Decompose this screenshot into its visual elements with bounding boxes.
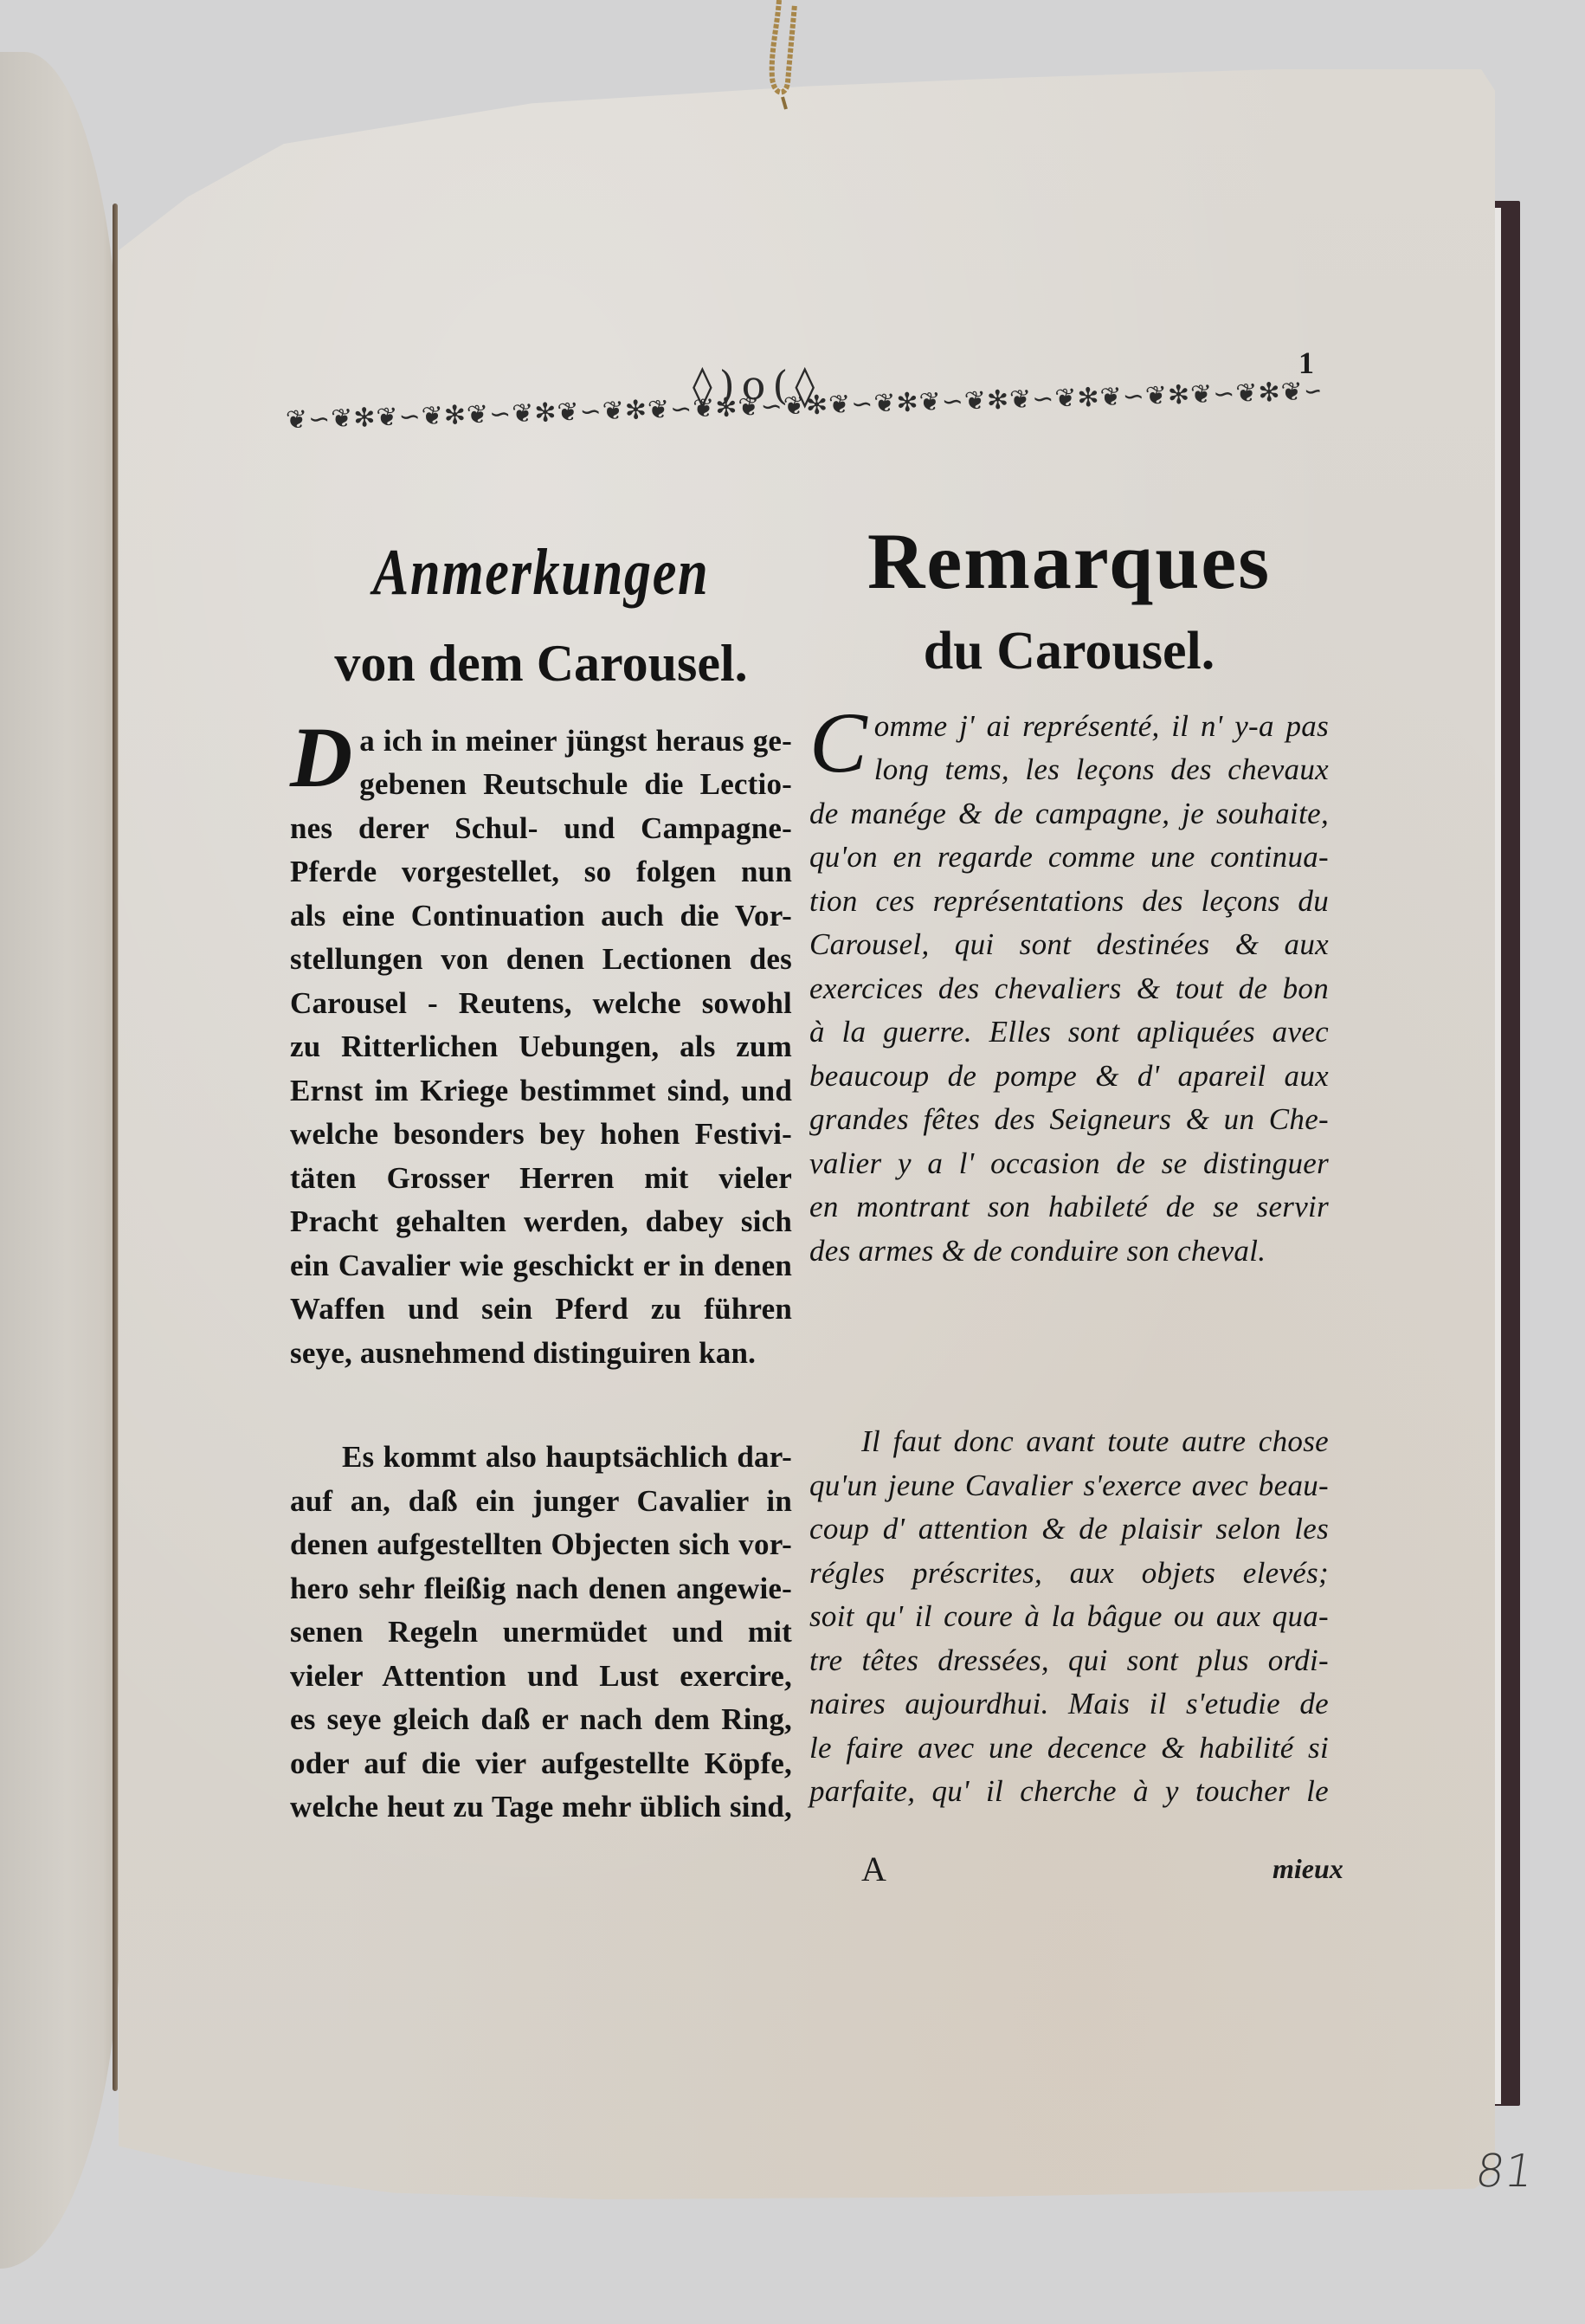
text-line: nes derer Schul- und Campagne-	[290, 807, 792, 851]
text-line: Es kommt also hauptsächlich dar-	[290, 1436, 792, 1480]
text-line: en montrant son habileté de se servir	[809, 1185, 1329, 1230]
text-line: soit qu' il coure à la bâgue ou aux qua-	[809, 1595, 1329, 1639]
text-line: Pracht gehalten werden, dabey sich	[290, 1200, 792, 1244]
text-line: Ernst im Kriege bestimmet sind, und	[290, 1069, 792, 1114]
text-line: täten Grosser Herren mit vieler	[290, 1157, 792, 1201]
handwritten-page-number: 81	[1472, 2146, 1537, 2198]
text-line: zu Ritterlichen Uebungen, als zum	[290, 1025, 792, 1069]
text-line: auf an, daß ein junger Cavalier in	[290, 1480, 792, 1524]
text-line: naires aujourdhui. Mais il s'etudie de	[809, 1682, 1329, 1727]
text-line: denen aufgestellten Objecten sich vor-	[290, 1523, 792, 1567]
text-line: Carousel, qui sont destinées & aux	[809, 923, 1329, 967]
text-line: tion ces représentations des leçons du	[809, 880, 1329, 924]
french-paragraph-2: Il faut donc avant toute autre chose qu'…	[809, 1420, 1329, 1814]
french-paragraph-1: C omme j' ai représenté, il n' y-a pas l…	[809, 705, 1329, 1274]
text-line: seye, ausnehmend distinguiren kan.	[290, 1332, 792, 1376]
text-line: Pferde vorgestellet, so folgen nun	[290, 850, 792, 894]
german-title: Anmerkungen	[335, 537, 747, 610]
text-line: Waffen und sein Pferd zu führen	[290, 1288, 792, 1332]
text-line: de manége & de campagne, je souhaite,	[809, 792, 1329, 836]
french-subtitle: du Carousel.	[809, 621, 1329, 682]
german-dropcap: D	[290, 723, 352, 792]
text-line: hero sehr fleißig nach denen angewie-	[290, 1567, 792, 1611]
text-line: Carousel - Reutens, welche sowohl	[290, 982, 792, 1026]
text-line: a ich in meiner jüngst heraus ge-	[290, 720, 792, 764]
german-paragraph-1: D a ich in meiner jüngst heraus ge- gebe…	[290, 720, 792, 1376]
text-line: qu'on en regarde comme une continua-	[809, 836, 1329, 880]
french-column: Remarques du Carousel. C omme j' ai repr…	[809, 520, 1329, 1814]
signature-mark: A	[861, 1849, 886, 1889]
text-line: coup d' attention & de plaisir selon les	[809, 1507, 1329, 1552]
text-line: des armes & de conduire son cheval.	[809, 1230, 1329, 1274]
text-line: als eine Continuation auch die Vor-	[290, 894, 792, 939]
text-line: senen Regeln unermüdet und mit	[290, 1611, 792, 1655]
text-line: tre têtes dressées, qui sont plus ordi-	[809, 1639, 1329, 1683]
french-dropcap: C	[809, 708, 867, 778]
bookmark-chain-icon	[744, 0, 814, 113]
text-line: exercices des chevaliers & tout de bon	[809, 967, 1329, 1011]
text-line: vieler Attention und Lust exercire,	[290, 1655, 792, 1699]
book-gutter	[113, 203, 118, 2091]
catchword: mieux	[1273, 1853, 1343, 1885]
text-line: beaucoup de pompe & d' apareil aux	[809, 1055, 1329, 1099]
text-line: à la guerre. Elles sont apliquées avec	[809, 1010, 1329, 1055]
text-line: welche heut zu Tage mehr üblich sind,	[290, 1785, 792, 1830]
text-line: valier y a l' occasion de se distinguer	[809, 1142, 1329, 1186]
text-line: long tems, les leçons des chevaux	[809, 748, 1329, 792]
left-page-edge	[0, 52, 121, 2269]
text-line: le faire avec une decence & habilité si	[809, 1727, 1329, 1771]
text-line: es seye gleich daß er nach dem Ring,	[290, 1698, 792, 1742]
text-line: régles préscrites, aux objets elevés;	[809, 1552, 1329, 1596]
german-column: Anmerkungen von dem Carousel. D a ich in…	[290, 537, 792, 1830]
german-subtitle: von dem Carousel.	[290, 634, 792, 694]
text-line: welche besonders bey hohen Festivi-	[290, 1113, 792, 1157]
text-line: parfaite, qu' il cherche à y toucher le	[809, 1770, 1329, 1814]
text-line: oder auf die vier aufgestellte Köpfe,	[290, 1742, 792, 1786]
text-line: grandes fêtes des Seigneurs & un Che-	[809, 1098, 1329, 1142]
german-paragraph-2: Es kommt also hauptsächlich dar- auf an,…	[290, 1436, 792, 1830]
text-line: gebenen Reutschule die Lectio-	[290, 763, 792, 807]
text-line: qu'un jeune Cavalier s'exerce avec beau-	[809, 1464, 1329, 1508]
french-title: Remarques	[809, 520, 1329, 604]
text-line: Il faut donc avant toute autre chose	[809, 1420, 1329, 1464]
text-line: ein Cavalier wie geschickt er in denen	[290, 1244, 792, 1288]
text-line: stellungen von denen Lectionen des	[290, 938, 792, 982]
text-line: omme j' ai représenté, il n' y-a pas	[809, 705, 1329, 749]
